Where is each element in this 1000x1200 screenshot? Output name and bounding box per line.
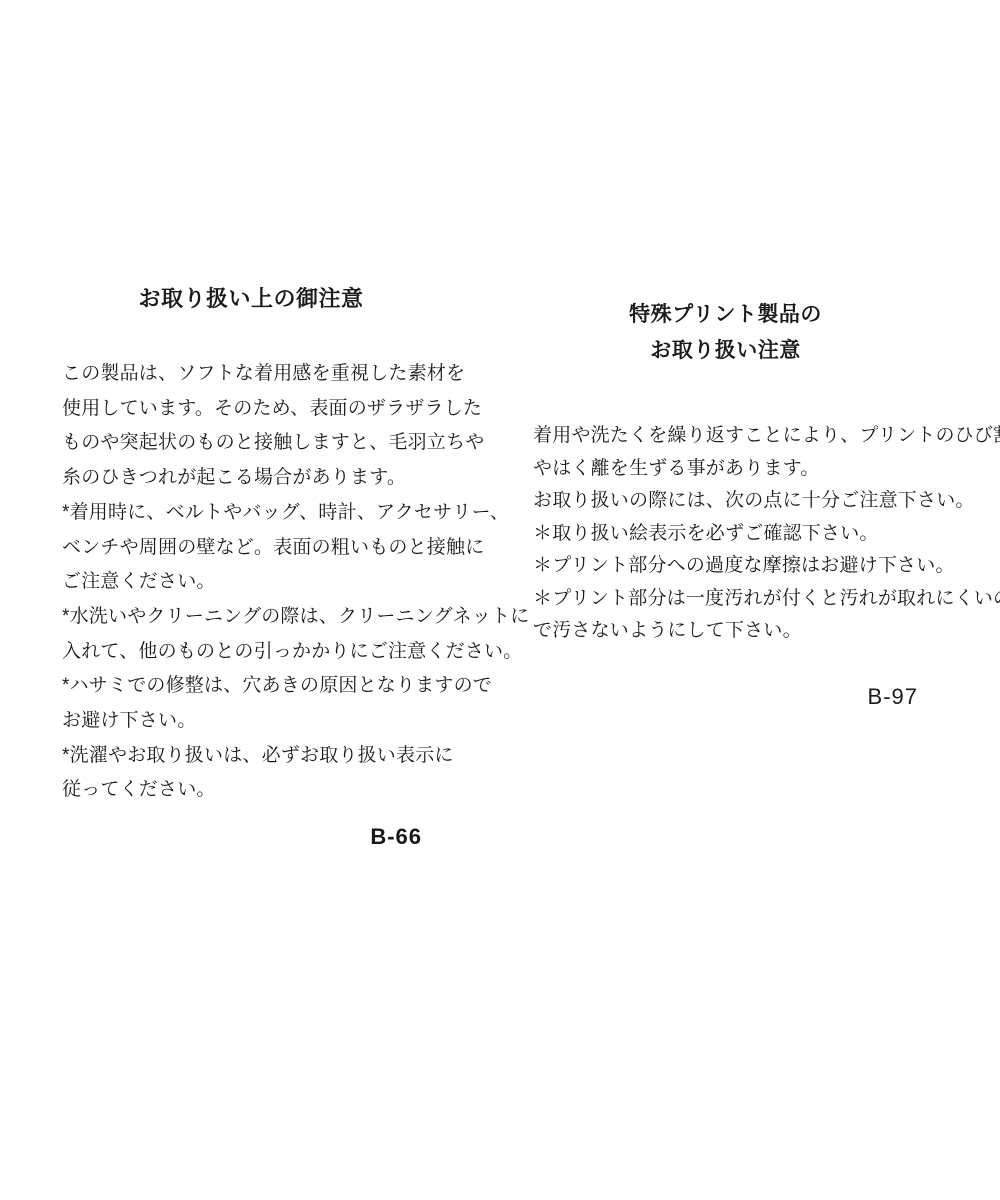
handling-precautions-panel: お取り扱い上の御注意 この製品は、ソフトな着用感を重視した素材を 使用しています… [62, 287, 440, 850]
care-text-line: 着用や洗たくを繰り返すことにより、プリントのひび割れ [533, 420, 918, 453]
care-text-line: 入れて、他のものとの引っかかりにご注意ください。 [62, 635, 440, 670]
care-text-line: 使用しています。そのため、表面のザラザラした [62, 392, 440, 427]
page-code-b66: B-66 [62, 824, 440, 850]
print-product-precautions-title: 特殊プリント製品の お取り扱い注意 [533, 297, 918, 369]
care-text-line: ＊プリント部分は一度汚れが付くと汚れが取れにくいの [533, 583, 918, 616]
care-text-line: やはく離を生ずる事があります。 [533, 453, 918, 486]
care-text-line: お取り扱いの際には、次の点に十分ご注意下さい。 [533, 485, 918, 518]
care-text-line: ＊取り扱い絵表示を必ずご確認下さい。 [533, 518, 918, 551]
care-text-line: 糸のひきつれが起こる場合があります。 [62, 461, 440, 496]
print-product-precautions-panel: 特殊プリント製品の お取り扱い注意 着用や洗たくを繰り返すことにより、プリントの… [533, 297, 918, 710]
handling-precautions-body: この製品は、ソフトな着用感を重視した素材を 使用しています。そのため、表面のザラ… [62, 357, 440, 808]
title-line-2: お取り扱い注意 [650, 339, 801, 362]
title-line-1: 特殊プリント製品の [629, 303, 822, 326]
care-text-line: この製品は、ソフトな着用感を重視した素材を [62, 357, 440, 392]
page-code-b97: B-97 [533, 684, 918, 710]
handling-precautions-title: お取り扱い上の御注意 [62, 287, 440, 311]
care-text-line: ご注意ください。 [62, 565, 440, 600]
care-text-line: *水洗いやクリーニングの際は、クリーニングネットに [62, 600, 440, 635]
care-text-line: *着用時に、ベルトやバッグ、時計、アクセサリー、 [62, 496, 440, 531]
care-text-line: で汚さないようにして下さい。 [533, 615, 918, 648]
print-product-precautions-body: 着用や洗たくを繰り返すことにより、プリントのひび割れ やはく離を生ずる事がありま… [533, 420, 918, 648]
care-text-line: お避け下さい。 [62, 704, 440, 739]
care-instructions-page: お取り扱い上の御注意 この製品は、ソフトな着用感を重視した素材を 使用しています… [0, 0, 1000, 1200]
care-text-line: ＊プリント部分への過度な摩擦はお避け下さい。 [533, 550, 918, 583]
care-text-line: ものや突起状のものと接触しますと、毛羽立ちや [62, 426, 440, 461]
care-text-line: *ハサミでの修整は、穴あきの原因となりますので [62, 669, 440, 704]
care-text-line: 従ってください。 [62, 773, 440, 808]
care-text-line: *洗濯やお取り扱いは、必ずお取り扱い表示に [62, 739, 440, 774]
care-text-line: ベンチや周囲の壁など。表面の粗いものと接触に [62, 531, 440, 566]
